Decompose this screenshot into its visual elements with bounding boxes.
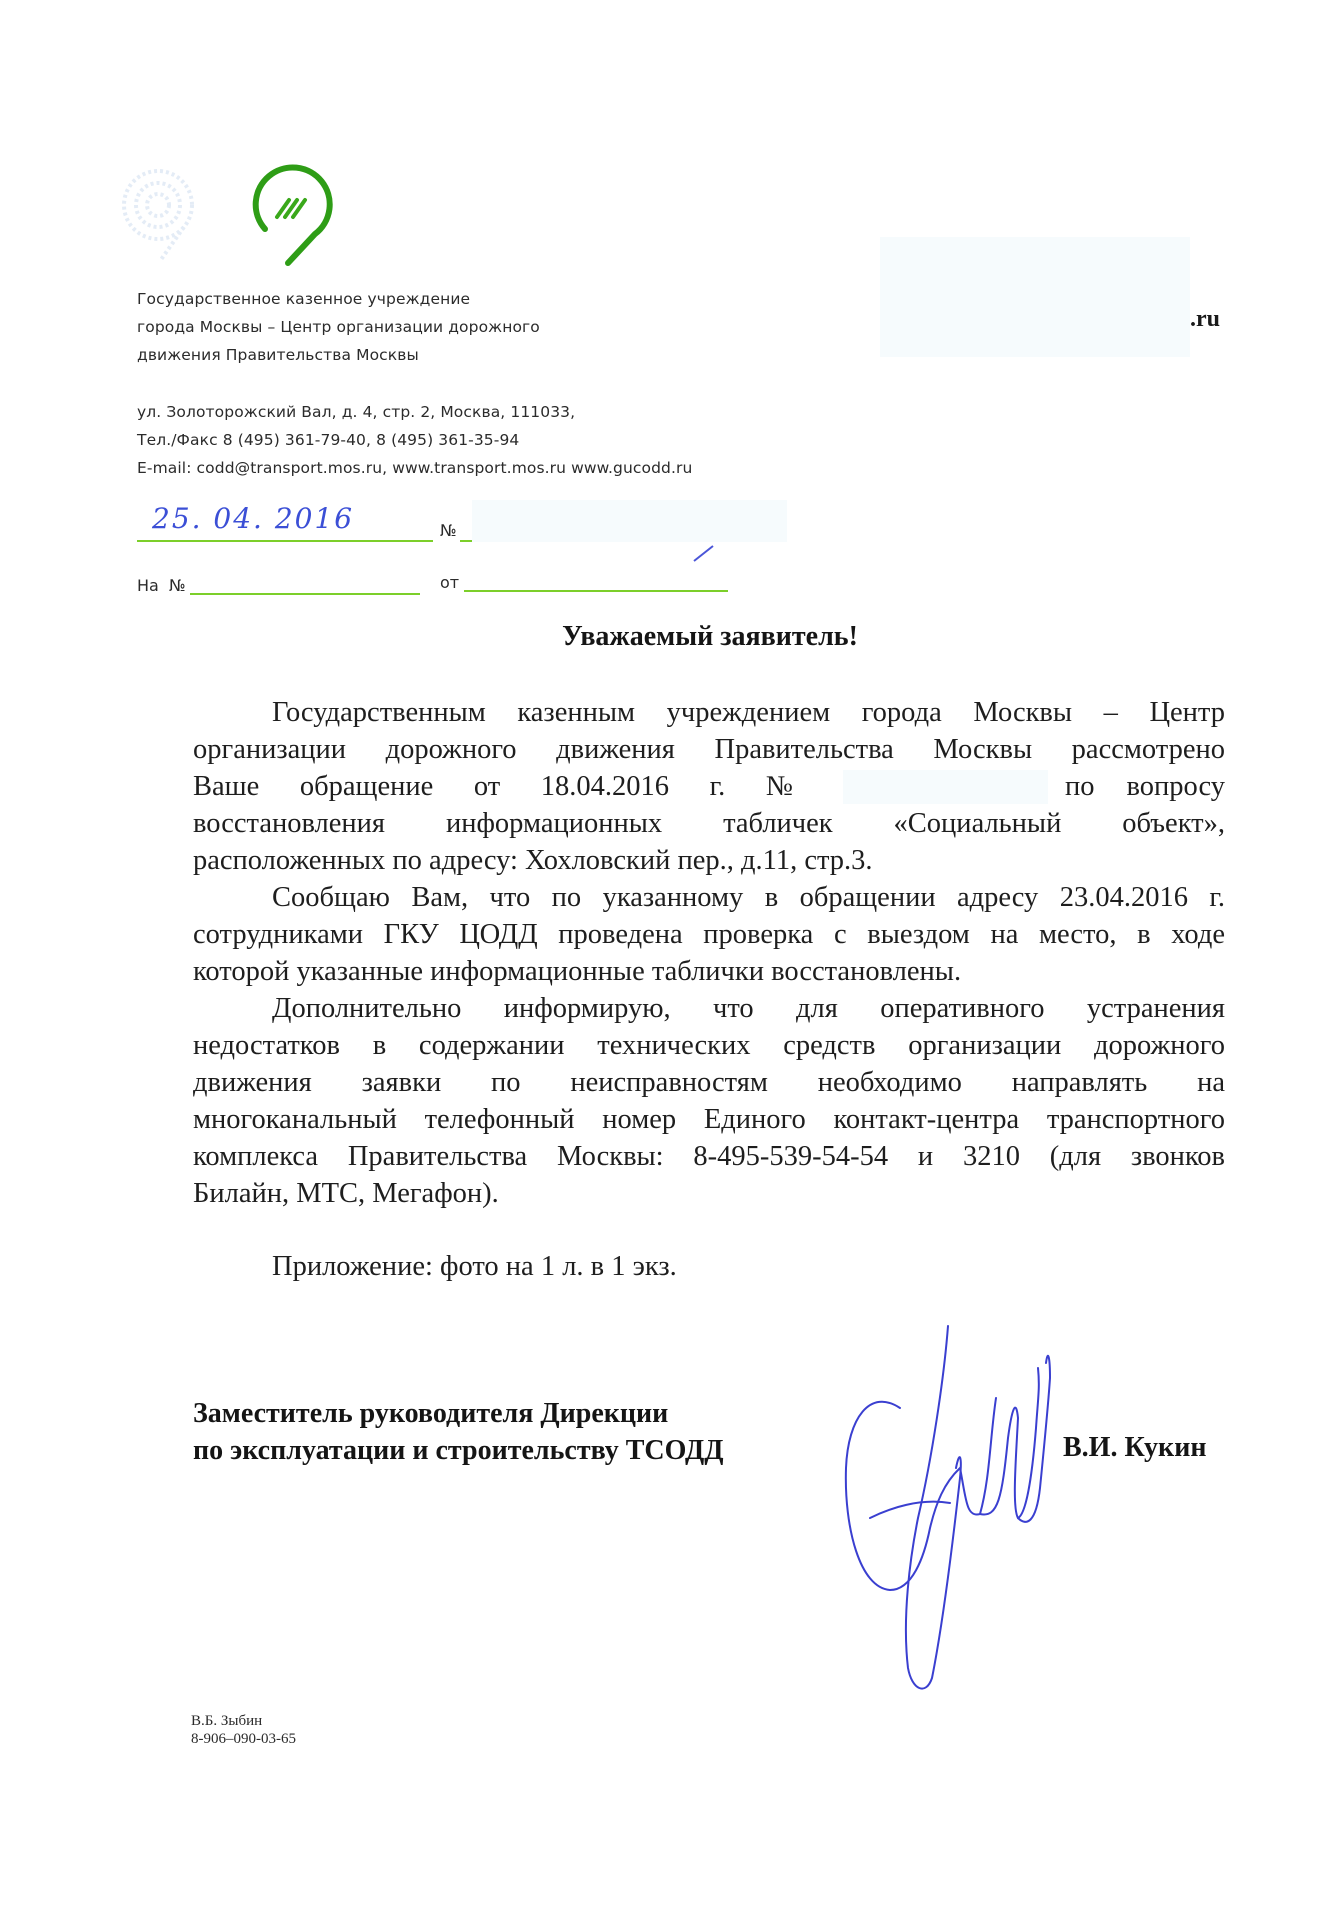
org-name-line: Государственное казенное учреждение (137, 290, 470, 308)
paragraph: Государственным казенным учреждением гор… (193, 694, 1225, 879)
body-line: Дополнительно информирую, что для операт… (193, 990, 1225, 1027)
handwritten-signature (840, 1318, 1070, 1698)
letter-body: Государственным казенным учреждением гор… (193, 694, 1225, 1212)
body-line: Сообщаю Вам, что по указанному в обращен… (193, 879, 1225, 916)
recipient-email-suffix: .ru (1190, 306, 1220, 333)
outgoing-date-line (137, 540, 433, 542)
executor-info: В.Б. Зыбин 8-906–090-03-65 (191, 1712, 296, 1748)
org-name-line: города Москвы – Центр организации дорожн… (137, 318, 540, 336)
body-line-with-redaction: Ваше обращение от 18.04.2016 г. № по воп… (193, 768, 1225, 805)
outgoing-date-handwritten: 25. 04. 2016 (152, 502, 354, 535)
outgoing-number-label: № (440, 521, 457, 540)
body-line: Ваше обращение от 18.04.2016 г. № (193, 768, 793, 805)
email-web-line: E-mail: codd@transport.mos.ru, www.trans… (137, 459, 692, 477)
watermark-logo-icon (118, 165, 208, 265)
executor-name: В.Б. Зыбин (191, 1712, 296, 1730)
reply-to-number-label: На № (137, 576, 186, 595)
body-line-last: которой указанные информационные табличк… (193, 953, 1225, 990)
body-line: Государственным казенным учреждением гор… (193, 694, 1225, 731)
body-line-last: расположенных по адресу: Хохловский пер.… (193, 842, 1225, 879)
body-line: сотрудниками ГКУ ЦОДД проведена проверка… (193, 916, 1225, 953)
org-name-line: движения Правительства Москвы (137, 346, 419, 364)
appeal-number-redacted (843, 770, 1048, 804)
body-line: многоканальный телефонный номер Единого … (193, 1101, 1225, 1138)
signatory-title-line: по эксплуатации и строительству ТСОДД (193, 1432, 724, 1469)
body-line: восстановления информационных табличек «… (193, 805, 1225, 842)
body-line: комплекса Правительства Москвы: 8-495-53… (193, 1138, 1225, 1175)
body-line: организации дорожного движения Правитель… (193, 731, 1225, 768)
reply-to-number-line (190, 593, 420, 595)
road-pin-logo-icon (245, 160, 340, 270)
signatory-title: Заместитель руководителя Дирекции по экс… (193, 1395, 724, 1469)
paragraph: Дополнительно информирую, что для операт… (193, 990, 1225, 1212)
reply-to-date-line (464, 590, 728, 592)
recipient-redacted-block (880, 237, 1190, 357)
reply-to-date-label: от (440, 573, 459, 592)
handwritten-slash (692, 543, 716, 563)
signatory-title-line: Заместитель руководителя Дирекции (193, 1395, 724, 1432)
paragraph: Сообщаю Вам, что по указанному в обращен… (193, 879, 1225, 990)
body-line: которой указанные информационные табличк… (193, 956, 961, 987)
salutation-heading: Уважаемый заявитель! (0, 621, 1344, 653)
body-line: движения заявки по неисправностям необхо… (193, 1064, 1225, 1101)
signer-name: В.И. Кукин (1063, 1432, 1206, 1464)
address-line: ул. Золоторожский Вал, д. 4, стр. 2, Мос… (137, 403, 575, 421)
body-line: недостатков в содержании технических сре… (193, 1027, 1225, 1064)
body-line: расположенных по адресу: Хохловский пер.… (193, 845, 873, 876)
attachment-note: Приложение: фото на 1 л. в 1 экз. (272, 1251, 677, 1283)
outgoing-number-redacted (472, 500, 787, 542)
body-line: по вопросу (1065, 768, 1225, 805)
phone-fax-line: Тел./Факс 8 (495) 361-79-40, 8 (495) 361… (137, 431, 519, 449)
executor-phone: 8-906–090-03-65 (191, 1730, 296, 1748)
body-line: Билайн, МТС, Мегафон). (193, 1178, 499, 1209)
body-line-last: Билайн, МТС, Мегафон). (193, 1175, 1225, 1212)
